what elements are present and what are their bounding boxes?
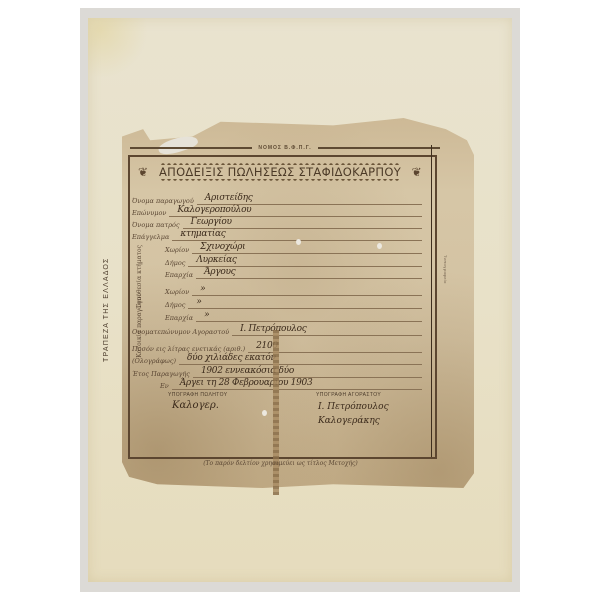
form-field-row: ΔήμοςΛυρκείας: [165, 256, 422, 267]
field-line: δύο χιλιάδες εκατόν: [179, 354, 422, 365]
field-handwritten-value: κτηματίας: [180, 229, 225, 239]
field-handwritten-value: Άργους: [204, 267, 235, 277]
field-handwritten-value: Γεωργίου: [191, 217, 232, 227]
field-label: Εν: [160, 382, 172, 390]
footer-note: (Το παρόν δελτίον χρησιμεύει ως τίτλος Μ…: [128, 460, 433, 467]
field-line: Γεωργίου: [183, 218, 422, 229]
document-title: ❦ ΑΠΟΔΕΙΞΙΣ ΠΩΛΗΣΕΩΣ ΣΤΑΦΙΔΟΚΑΡΠΟΥ ❦: [140, 165, 420, 179]
field-line: »: [196, 311, 422, 322]
field-line: Αριστείδης: [197, 194, 422, 205]
side-vertical-text: ΤΡΑΠΕΖΑ ΤΗΣ ΕΛΛΑΔΟΣ: [103, 190, 115, 430]
field-line: Καλογεροπούλου: [169, 206, 422, 217]
field-line: Άργει τη 28 Φεβρουαρίου 1903: [172, 379, 422, 390]
field-label: Χωρίον: [165, 246, 192, 254]
seller-signature: Καλογερ.: [172, 400, 219, 411]
document-title-text: ΑΠΟΔΕΙΞΙΣ ΠΩΛΗΣΕΩΣ ΣΤΑΦΙΔΟΚΑΡΠΟΥ: [159, 165, 401, 179]
flourish-left-icon: ❦: [138, 165, 148, 179]
form-field-row: ΕπώνυμονΚαλογεροπούλου: [132, 206, 422, 217]
buyer-signature-caption: ΥΠΟΓΡΑΦΗ ΑΓΟΡΑΣΤΟΥ: [316, 392, 381, 398]
field-handwritten-value: Καλογεροπούλου: [177, 205, 251, 215]
law-header: ΝΟΜΟΣ Β.Φ.Π.Γ.: [130, 143, 440, 153]
field-handwritten-value: Άργει τη 28 Φεβρουαρίου 1903: [180, 378, 313, 388]
form-field-row: Όνομα πατρόςΓεωργίου: [132, 218, 422, 229]
field-handwritten-value: Αριστείδης: [205, 193, 253, 203]
field-label: Δήμος: [165, 259, 188, 267]
form-field-row: Επάγγελμακτηματίας: [132, 230, 422, 241]
form-field-row: Επαρχία»: [165, 311, 422, 322]
field-handwritten-value: »: [204, 310, 209, 320]
field-label: Ονοματεπώνυμον Αγοραστού: [132, 328, 232, 336]
fold-crease: [273, 330, 279, 495]
punch-hole: [262, 410, 267, 416]
field-handwritten-value: δύο χιλιάδες εκατόν: [187, 353, 276, 363]
form-field-row: ΧωρίονΣχινοχώρι: [165, 243, 422, 254]
field-label: Όνομα παραγωγού: [132, 197, 197, 205]
field-line: Άργους: [196, 268, 422, 279]
field-handwritten-value: Λυρκείας: [196, 255, 236, 265]
form-field-row: Χωρίον»: [165, 285, 422, 296]
frame-rule: [431, 145, 432, 457]
buyer-signature: Ι. Πετρόπουλος Καλογεράκης: [318, 400, 428, 428]
printer-mark: Τυπογραφείο: [440, 255, 448, 375]
form-field-row: Όνομα παραγωγούΑριστείδης: [132, 194, 422, 205]
ornament-bottom: [160, 179, 400, 184]
field-handwritten-value: Σχινοχώρι: [200, 242, 245, 252]
field-label: Δήμος: [165, 301, 188, 309]
field-handwritten-value: 1902 εννεακόσια δύο: [201, 366, 294, 376]
form-field-row: ΕνΆργει τη 28 Φεβρουαρίου 1903: [160, 379, 422, 390]
field-label: Επώνυμον: [132, 209, 169, 217]
field-handwritten-value: »: [196, 297, 201, 307]
field-line: »: [188, 298, 422, 309]
field-label: (Ολογράφως): [132, 357, 179, 365]
field-label: Ποσόν εις λίτρας ενετικάς (αριθ.): [132, 345, 248, 353]
field-label: Έτος Παραγωγής: [132, 370, 193, 378]
field-line: Ι. Πετρόπουλος: [232, 325, 422, 336]
field-line: Σχινοχώρι: [192, 243, 422, 254]
flourish-right-icon: ❦: [412, 165, 422, 179]
group-labels: Τοποθεσία κτήματος Κατοικία παραγωγού: [136, 245, 166, 335]
field-label: Χωρίον: [165, 288, 192, 296]
field-label: Επαρχία: [165, 271, 196, 279]
form-field-row: ΕπαρχίαΆργους: [165, 268, 422, 279]
law-header-text: ΝΟΜΟΣ Β.Φ.Π.Γ.: [258, 145, 311, 151]
field-line: »: [192, 285, 422, 296]
title-block: ❦ ΑΠΟΔΕΙΞΙΣ ΠΩΛΗΣΕΩΣ ΣΤΑΦΙΔΟΚΑΡΠΟΥ ❦: [140, 160, 420, 190]
field-handwritten-value: »: [200, 284, 205, 294]
punch-hole: [377, 243, 382, 249]
field-label: Όνομα πατρός: [132, 221, 183, 229]
field-line: 1902 εννεακόσια δύο: [193, 367, 422, 378]
punch-hole: [296, 239, 301, 245]
seller-signature-caption: ΥΠΟΓΡΑΦΗ ΠΩΛΗΤΟΥ: [168, 392, 227, 398]
field-line: Λυρκείας: [188, 256, 422, 267]
form-field-row: Δήμος»: [165, 298, 422, 309]
field-label: Επάγγελμα: [132, 233, 172, 241]
field-label: Επαρχία: [165, 314, 196, 322]
